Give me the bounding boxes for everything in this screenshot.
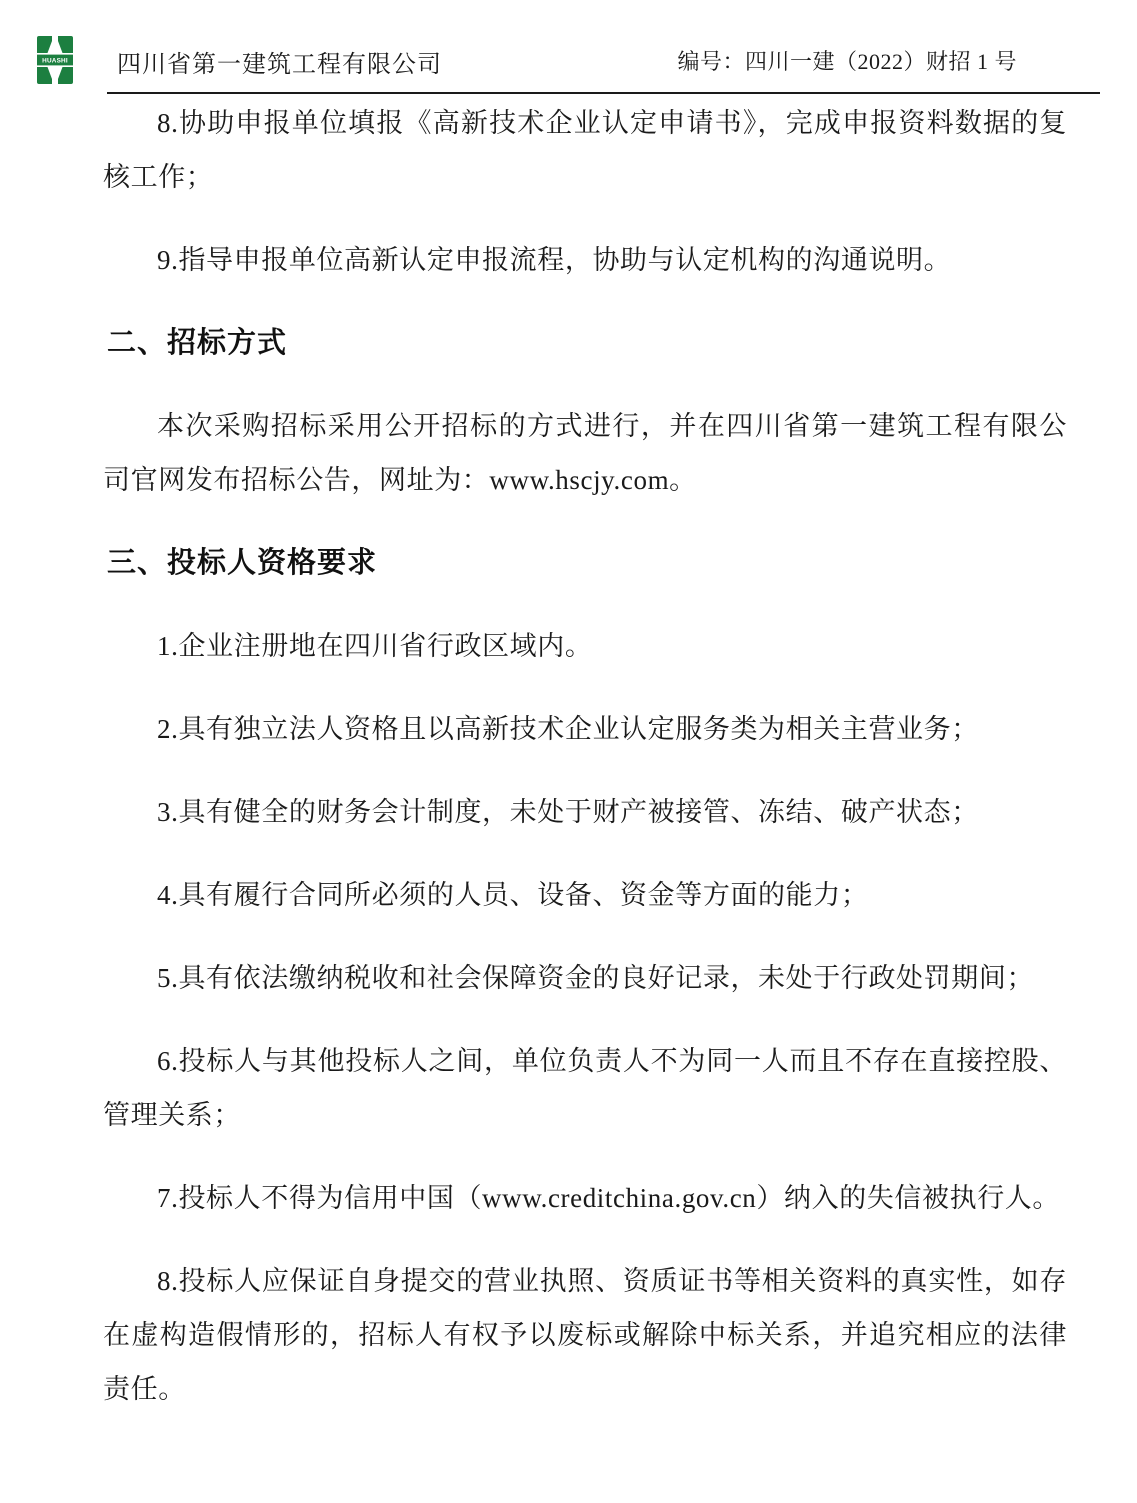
- paragraph: 2.具有独立法人资格且以高新技术企业认定服务类为相关主营业务；: [103, 702, 1067, 756]
- paragraph: 8.协助申报单位填报《高新技术企业认定申请书》，完成申报资料数据的复核工作；: [103, 96, 1067, 204]
- paragraph: 8.投标人应保证自身提交的营业执照、资质证书等相关资料的真实性，如存在虚构造假情…: [103, 1254, 1067, 1416]
- paragraph: 5.具有依法缴纳税收和社会保障资金的良好记录，未处于行政处罚期间；: [103, 951, 1067, 1005]
- paragraph: 7.投标人不得为信用中国（www.creditchina.gov.cn）纳入的失…: [103, 1171, 1067, 1225]
- paragraph: 1.企业注册地在四川省行政区域内。: [103, 619, 1067, 673]
- paragraph: 4.具有履行合同所必须的人员、设备、资金等方面的能力；: [103, 868, 1067, 922]
- paragraph: 6.投标人与其他投标人之间，单位负责人不为同一人而且不存在直接控股、管理关系；: [103, 1034, 1067, 1142]
- company-name: 四川省第一建筑工程有限公司: [117, 44, 442, 79]
- header-divider: [107, 92, 1100, 94]
- document-body: 8.协助申报单位填报《高新技术企业认定申请书》，完成申报资料数据的复核工作；9.…: [103, 96, 1067, 1445]
- paragraph: 9.指导申报单位高新认定申报流程，协助与认定机构的沟通说明。: [103, 233, 1067, 287]
- paragraph: 3.具有健全的财务会计制度，未处于财产被接管、冻结、破产状态；: [103, 785, 1067, 839]
- section-heading: 二、招标方式: [103, 316, 1067, 370]
- paragraph: 本次采购招标采用公开招标的方式进行，并在四川省第一建筑工程有限公司官网发布招标公…: [103, 399, 1067, 507]
- huashi-logo-icon: HUASHI: [37, 36, 73, 84]
- doc-number: 编号：四川一建（2022）财招 1 号: [677, 45, 1017, 76]
- document-page: HUASHI 四川省第一建筑工程有限公司 编号：四川一建（2022）财招 1 号…: [0, 0, 1137, 1503]
- logo-text: HUASHI: [42, 58, 68, 65]
- company-logo: HUASHI: [37, 36, 73, 84]
- section-heading: 三、投标人资格要求: [103, 536, 1067, 590]
